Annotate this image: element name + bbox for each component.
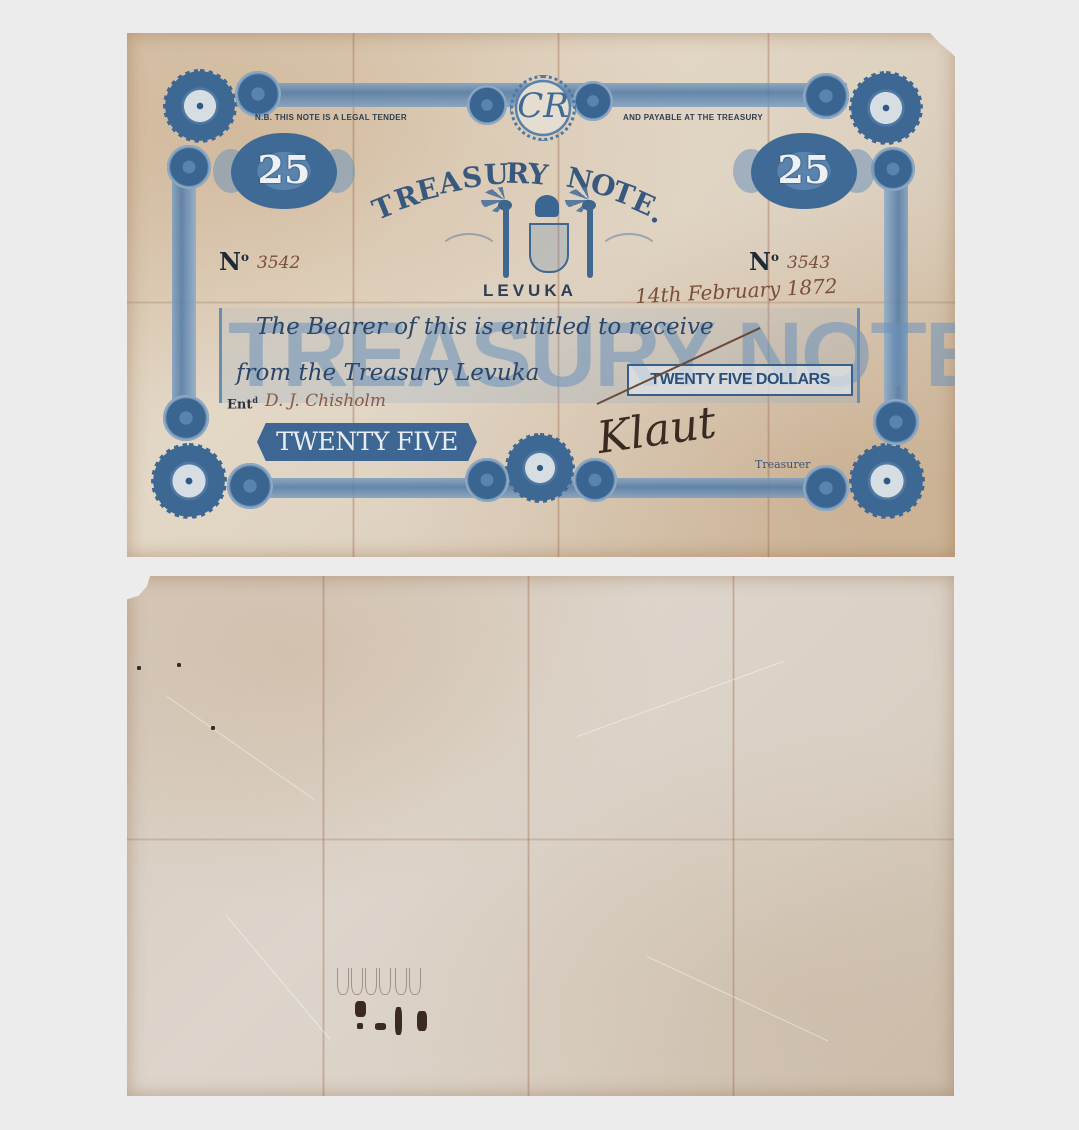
promise-line-1: The Bearer of this is entitled to receiv… xyxy=(256,314,714,340)
denomination-banner: TWENTY FIVE xyxy=(257,423,477,461)
promise-line-2: from the Treasury Levuka xyxy=(236,360,539,386)
rosette-ornament-icon xyxy=(465,458,509,502)
treasurer-label: Treasurer xyxy=(755,458,810,471)
title-letter: A xyxy=(436,164,463,200)
denomination-cartouche-left: 25 xyxy=(219,129,349,213)
serial-number-left: 3542 xyxy=(257,253,300,273)
rosette-ornament-icon xyxy=(803,73,849,119)
payable-text: AND PAYABLE AT THE TREASURY xyxy=(623,113,763,122)
legal-tender-text: N.B. THIS NOTE IS A LEGAL TENDER xyxy=(255,113,407,122)
amount-in-words: TWENTY FIVE DOLLARS xyxy=(627,364,853,396)
denomination-cartouche-right: 25 xyxy=(739,129,869,213)
banner-text: TWENTY FIVE xyxy=(257,427,477,456)
rosette-ornament-icon xyxy=(573,81,613,121)
rosette-ornament-icon xyxy=(871,147,915,191)
monogram-text: CR xyxy=(513,86,573,126)
rosette-ornament-icon xyxy=(167,145,211,189)
ink-stamp-mark xyxy=(355,1001,445,1041)
treasurer-signature: Klaut xyxy=(594,397,719,464)
serial-label-right: No xyxy=(749,247,779,276)
rosette-ornament-icon xyxy=(163,395,209,441)
fold-line xyxy=(527,576,530,1096)
rosette-ornament-icon xyxy=(227,463,273,509)
rosette-ornament-icon xyxy=(235,71,281,117)
gear-ornament-icon xyxy=(505,433,575,503)
rosette-ornament-icon xyxy=(573,458,617,502)
banknote-back xyxy=(127,576,954,1096)
place-levuka: LEVUKA xyxy=(483,281,577,301)
shield-icon xyxy=(529,223,569,273)
promise-panel: TREASURY NOTE The Bearer of this is enti… xyxy=(219,308,860,403)
serial-number-right: 3543 xyxy=(787,253,830,273)
rosette-ornament-icon xyxy=(803,465,849,511)
denomination-right: 25 xyxy=(739,147,869,192)
entered-label: Entd xyxy=(227,395,258,412)
gear-ornament-icon xyxy=(849,443,925,519)
gear-ornament-icon xyxy=(151,443,227,519)
fold-line xyxy=(732,576,735,1096)
rosette-ornament-icon xyxy=(467,85,507,125)
entered-signature: D. J. Chisholm xyxy=(265,391,386,411)
coat-of-arms-emblem xyxy=(467,173,627,283)
fold-line xyxy=(322,576,325,1096)
denomination-left: 25 xyxy=(219,147,349,192)
banknote-front: CR N.B. THIS NOTE IS A LEGAL TENDER AND … xyxy=(127,33,955,557)
frame-border-left xyxy=(172,153,196,433)
crown-icon xyxy=(535,195,559,217)
fold-line xyxy=(127,838,954,841)
monogram-emblem: CR xyxy=(510,75,576,141)
serial-label-left: No xyxy=(219,247,249,276)
